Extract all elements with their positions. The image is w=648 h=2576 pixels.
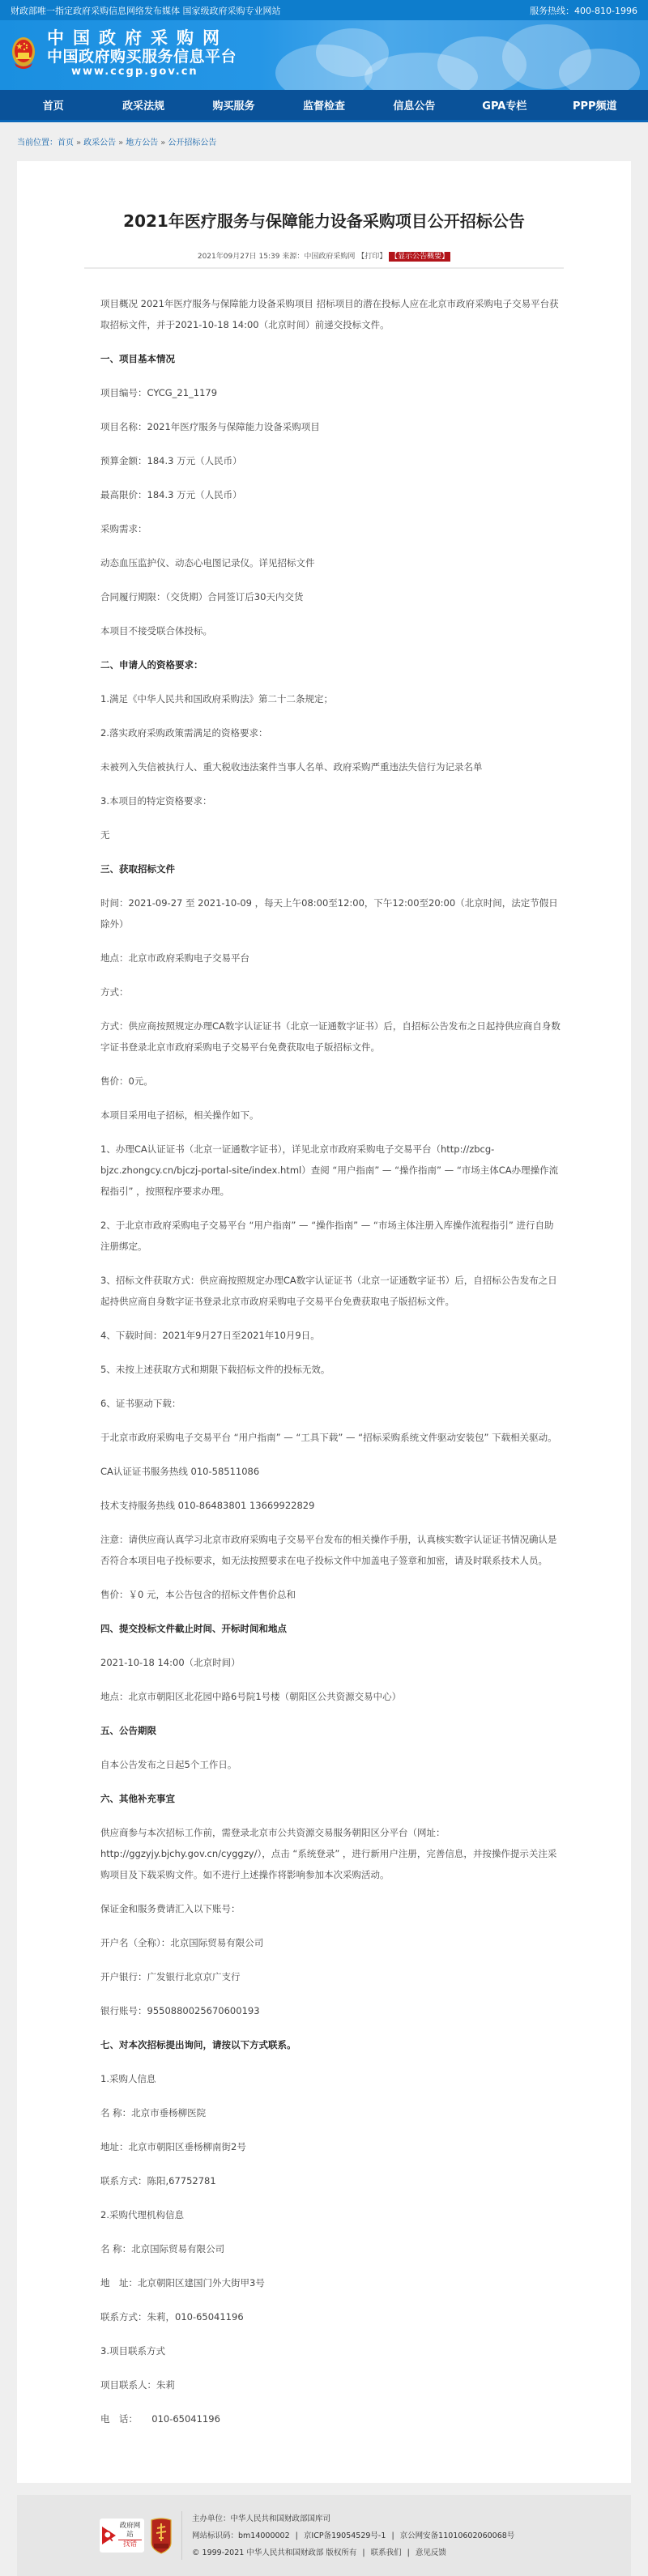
page-title: 2021年医疗服务与保障能力设备采购项目公开招标公告 <box>17 208 631 232</box>
article-paragraph: 保证金和服务费请汇入以下账号： <box>100 1898 561 1919</box>
article-paragraph: 2、于北京市政府采购电子交易平台 “用户指南” — “操作指南” — “市场主体… <box>100 1215 561 1257</box>
breadcrumb-link-local-announcements[interactable]: 地方公告 <box>126 138 158 147</box>
article-meta: 2021年09月27日 15:39 来源：中国政府采购网 【打印】 【显示公告概… <box>17 250 631 261</box>
article-paragraph: 名 称：北京市垂杨柳医院 <box>100 2102 561 2123</box>
article-paragraph: 预算金额：184.3 万元（人民币） <box>100 450 561 471</box>
nav-item-gpa[interactable]: GPA专栏 <box>459 97 549 113</box>
article-paragraph: 名 称：北京国际贸易有限公司 <box>100 2238 561 2259</box>
article-paragraph: 2.采购代理机构信息 <box>100 2204 561 2225</box>
footer-site-id: 网站标识码：bm14000002 <box>192 2531 290 2540</box>
article-paragraph: 方式：供应商按照规定办理CA数字认证证书（北京一证通数字证书）后，自招标公告发布… <box>100 1015 561 1058</box>
nav-item-ppp[interactable]: PPP频道 <box>550 97 640 113</box>
article-paragraph: 3.本项目的特定资格要求： <box>100 790 561 811</box>
article-paragraph: 6、证书驱动下载： <box>100 1393 561 1414</box>
nav-item-purchase-services[interactable]: 购买服务 <box>189 97 279 113</box>
nav-item-regulations[interactable]: 政采法规 <box>98 97 188 113</box>
article-paragraph: 注意：请供应商认真学习北京市政府采购电子交易平台发布的相关操作手册，认真核实数字… <box>100 1529 561 1571</box>
section-heading: 二、申请人的资格要求： <box>100 654 561 675</box>
footer-info: 主办单位：中华人民共和国财政部国库司 网站标识码：bm14000002 | 京I… <box>192 2510 514 2561</box>
badge-line1: 政府网站 <box>118 2522 142 2540</box>
article-paragraph: 未被列入失信被执行人、重大税收违法案件当事人名单、政府采购严重违法失信行为记录名… <box>100 756 561 777</box>
article-container: 2021年医疗服务与保障能力设备采购项目公开招标公告 2021年09月27日 1… <box>17 161 631 2483</box>
logo-url: www.ccgp.gov.cn <box>71 66 237 79</box>
section-heading: 七、对本次招标提出询问，请按以下方式联系。 <box>100 2034 561 2055</box>
article-paragraph: 地址：北京市朝阳区垂杨柳南街2号 <box>100 2136 561 2157</box>
section-heading: 三、获取招标文件 <box>100 858 561 879</box>
article-paragraph: 地点：北京市政府采购电子交易平台 <box>100 947 561 969</box>
article-paragraph: 项目概况 2021年医疗服务与保障能力设备采购项目 招标项目的潜在投标人应在北京… <box>100 293 561 335</box>
article-paragraph: 联系方式：朱莉，010-65041196 <box>100 2306 561 2327</box>
article-paragraph: 最高限价：184.3 万元（人民币） <box>100 484 561 505</box>
article-paragraph: 合同履行期限：（交货期）合同签订后30天内交货 <box>100 586 561 607</box>
article-paragraph: 项目名称：2021年医疗服务与保障能力设备采购项目 <box>100 416 561 437</box>
breadcrumb-separator: » <box>160 138 165 147</box>
article-paragraph: 自本公告发布之日起5个工作日。 <box>100 1754 561 1775</box>
cloud-decoration <box>559 49 640 90</box>
article-paragraph: 3.项目联系方式 <box>100 2340 561 2361</box>
party-gov-badge-icon[interactable] <box>151 2517 172 2554</box>
footer-police-link[interactable]: 京公网安备11010602060068号 <box>400 2531 515 2540</box>
nav-item-home[interactable]: 首页 <box>8 97 98 113</box>
logo-subtitle: 中国政府购买服务信息平台 <box>47 48 237 66</box>
print-button[interactable]: 【打印】 <box>357 253 386 261</box>
service-hotline: 服务热线：400-810-1996 <box>530 4 637 17</box>
gov-site-error-report-badge[interactable]: 政府网站 找错 <box>100 2519 144 2553</box>
breadcrumb-separator: » <box>118 138 123 147</box>
article-paragraph: 1、办理CA认证证书（北京一证通数字证书），详见北京市政府采购电子交易平台（ht… <box>100 1139 561 1202</box>
article-paragraph: 本项目不接受联合体投标。 <box>100 620 561 641</box>
article-paragraph: 项目编号：CYCG_21_1179 <box>100 382 561 403</box>
article-paragraph: 无 <box>100 824 561 845</box>
article-paragraph: 供应商参与本次招标工作前，需登录北京市公共资源交易服务朝阳区分平台（网址：htt… <box>100 1822 561 1885</box>
article-paragraph: 方式： <box>100 981 561 1003</box>
magnifier-icon <box>102 2523 116 2548</box>
article-paragraph: 5、未按上述获取方式和期限下载招标文件的投标无效。 <box>100 1359 561 1380</box>
article-paragraph: 采购需求： <box>100 518 561 539</box>
article-paragraph: 联系方式：陈阳,67752781 <box>100 2170 561 2191</box>
footer-sponsor: 主办单位：中华人民共和国财政部国库司 <box>192 2510 514 2527</box>
breadcrumb: 当前位置：首页»政采公告»地方公告»公开招标公告 <box>0 122 648 153</box>
article-paragraph: 本项目采用电子招标，相关操作如下。 <box>100 1105 561 1126</box>
site-slogan: 财政部唯一指定政府采购信息网络发布媒体 国家级政府采购专业网站 <box>11 4 281 17</box>
breadcrumb-link-open-tender[interactable]: 公开招标公告 <box>168 138 216 147</box>
article-paragraph: 3、招标文件获取方式：供应商按照规定办理CA数字认证证书（北京一证通数字证书）后… <box>100 1270 561 1312</box>
logo-title: 中国政府采购网 <box>47 28 237 48</box>
article-body: 项目概况 2021年医疗服务与保障能力设备采购项目 招标项目的潜在投标人应在北京… <box>17 269 631 2429</box>
article-paragraph: 2.落实政府采购政策需满足的资格要求： <box>100 722 561 743</box>
section-heading: 四、提交投标文件截止时间、开标时间和地点 <box>100 1618 561 1639</box>
article-paragraph: 2021-10-18 14:00（北京时间） <box>100 1652 561 1673</box>
nav-item-supervision[interactable]: 监督检查 <box>279 97 369 113</box>
nav-item-announcements[interactable]: 信息公告 <box>369 97 459 113</box>
article-paragraph: 4、下载时间：2021年9月27日至2021年10月9日。 <box>100 1325 561 1346</box>
breadcrumb-link-home[interactable]: 首页 <box>58 138 74 147</box>
publish-date: 2021年09月27日 15:39 <box>198 253 280 261</box>
article-paragraph: 1.满足《中华人民共和国政府采购法》第二十二条规定； <box>100 688 561 709</box>
breadcrumb-separator: » <box>76 138 81 147</box>
article-paragraph: 银行账号：9550880025670600193 <box>100 2000 561 2021</box>
contact-us-link[interactable]: 联系我们 <box>371 2548 402 2557</box>
article-paragraph: 时间：2021-09-27 至 2021-10-09 ，每天上午08:00至12… <box>100 892 561 935</box>
footer-divider <box>181 2511 182 2560</box>
main-nav: 首页 政采法规 购买服务 监督检查 信息公告 GPA专栏 PPP频道 <box>0 90 648 122</box>
section-heading: 五、公告期限 <box>100 1720 561 1741</box>
article-paragraph: 售价：0元。 <box>100 1071 561 1092</box>
breadcrumb-link-gov-announcements[interactable]: 政采公告 <box>83 138 116 147</box>
show-summary-button[interactable]: 【显示公告概要】 <box>389 252 450 262</box>
section-heading: 六、其他补充事宜 <box>100 1788 561 1809</box>
article-paragraph: 动态血压监护仪、动态心电图记录仪。详见招标文件 <box>100 552 561 573</box>
breadcrumb-prefix: 当前位置： <box>17 138 58 147</box>
footer-icp-link[interactable]: 京ICP备19054529号-1 <box>304 2531 386 2540</box>
banner: 中国政府采购网 中国政府购买服务信息平台 www.ccgp.gov.cn <box>0 20 648 90</box>
article-paragraph: 开户银行：广发银行北京京广支行 <box>100 1966 561 1987</box>
article-paragraph: 于北京市政府采购电子交易平台 “用户指南” — “工具下载” — “招标采购系统… <box>100 1427 561 1448</box>
article-paragraph: 项目联系人：朱莉 <box>100 2374 561 2395</box>
article-paragraph: 开户名（全称）：北京国际贸易有限公司 <box>100 1932 561 1953</box>
footer-copyright: © 1999-2021 中华人民共和国财政部 版权所有 <box>192 2548 356 2557</box>
article-paragraph: 地 址：北京朝阳区建国门外大街甲3号 <box>100 2272 561 2293</box>
article-paragraph: 1.采购人信息 <box>100 2068 561 2089</box>
top-strip: 财政部唯一指定政府采购信息网络发布媒体 国家级政府采购专业网站 服务热线：400… <box>0 0 648 20</box>
badge-line2: 找错 <box>118 2540 142 2549</box>
national-emblem-icon <box>11 36 36 71</box>
article-paragraph: 技术支持服务热线 010-86483801 13669922829 <box>100 1495 561 1516</box>
section-heading: 一、项目基本情况 <box>100 348 561 369</box>
article-source: 来源：中国政府采购网 <box>282 253 355 261</box>
site-logo[interactable]: 中国政府采购网 中国政府购买服务信息平台 www.ccgp.gov.cn <box>11 28 237 79</box>
article-paragraph: 电 话： 010-65041196 <box>100 2408 561 2429</box>
footer: 政府网站 找错 主办单位：中华人民共和国财政部国库司 网站标识码：bm14000… <box>17 2495 631 2576</box>
feedback-link[interactable]: 意见反馈 <box>416 2548 446 2557</box>
article-paragraph: 售价：￥0 元，本公告包含的招标文件售价总和 <box>100 1584 561 1605</box>
article-paragraph: 地点：北京市朝阳区北花园中路6号院1号楼（朝阳区公共资源交易中心） <box>100 1686 561 1707</box>
article-paragraph: CA认证证书服务热线 010-58511086 <box>100 1461 561 1482</box>
